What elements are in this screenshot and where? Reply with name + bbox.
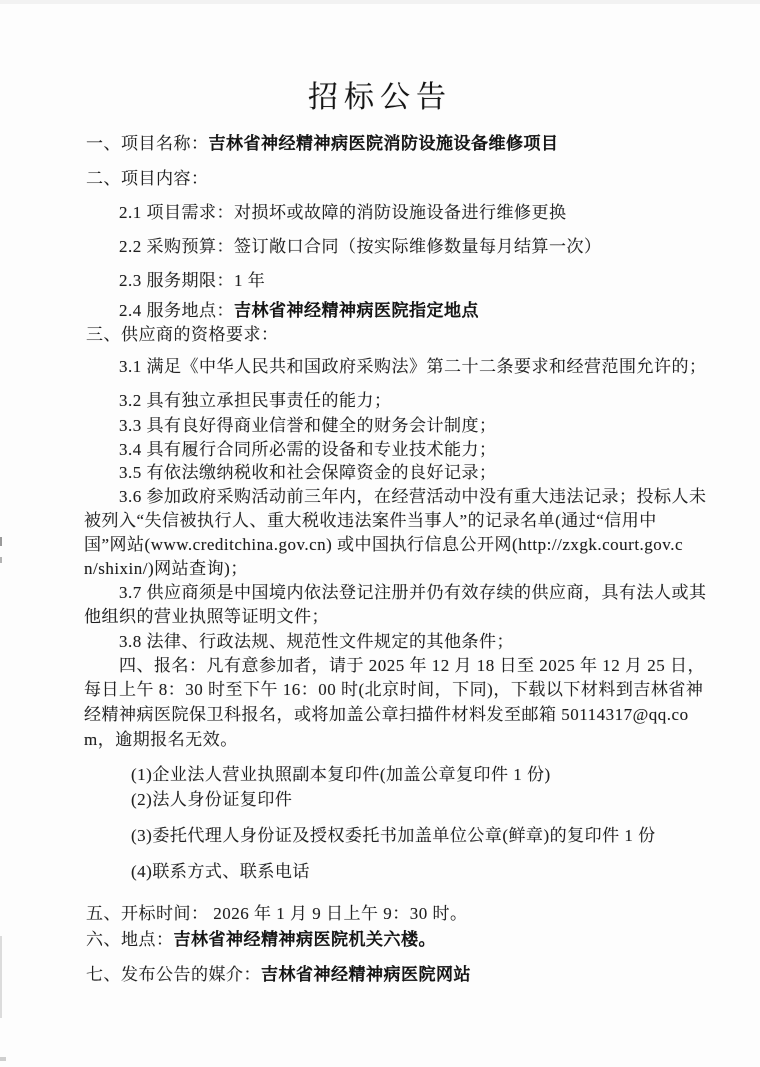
document-title: 招标公告 [0,72,760,116]
line-item-3-1: 3.1 满足《中华人民共和国政府采购法》第二十二条要求和经营范围允许的； [119,357,707,377]
line-emphasis: 吉林省神经精神病医院指定地点 [234,301,479,320]
line-item-2-1: 2.1 项目需求：对损坏或故障的消防设施设备进行维修更换 [119,203,567,223]
line-section-4-cont: 经精神病医院保卫科报名，或将加盖公章扫描件材料发至邮箱 50114317@qq.… [84,705,689,725]
scan-artifact-speck [0,557,2,563]
line-item-2-4: 2.4 服务地点：吉林省神经精神病医院指定地点 [119,301,479,321]
line-item-3-6-cont: 国”网站(www.creditchina.gov.cn) 或中国执行信息公开网(… [84,535,683,555]
line-section-4-cont: 每日上午 8：30 时至下午 16：00 时(北京时间，下同)，下载以下材料到吉… [84,680,703,700]
line-item-3-5: 3.5 有依法缴纳税收和社会保障资金的良好记录； [119,463,497,483]
line-item-2-3: 2.3 服务期限：1 年 [119,271,265,291]
line-item-3-6-cont: 被列入“失信被执行人、重大税收违法案件当事人”的记录名单(通过“信用中 [84,511,657,531]
line-project-content: 二、项目内容： [86,169,209,189]
line-attachment-2: (2)法人身份证复印件 [131,790,292,810]
line-item-3-6-cont: n/shixin/)网站查询)； [84,559,248,579]
scan-top-edge [0,0,760,4]
line-section-7: 七、发布公告的媒介：吉林省神经精神病医院网站 [86,965,471,985]
scan-artifact-speck [0,537,2,546]
line-section-4: 四、报名：凡有意参加者，请于 2025 年 12 月 18 日至 2025 年 … [119,656,705,676]
line-section-5: 五、开标时间： 2026 年 1 月 9 日上午 9：30 时。 [86,904,468,924]
line-attachment-1: (1)企业法人营业执照副本复印件(加盖公章复印件 1 份) [131,765,551,785]
scan-artifact-line [0,936,2,1018]
line-attachment-4: (4)联系方式、联系电话 [131,862,310,882]
line-emphasis: 吉林省神经精神病医院机关六楼。 [174,930,437,949]
line-item-3-7: 3.7 供应商须是中国境内依法登记注册并仍有效存续的供应商，具有法人或其 [119,583,707,603]
line-section-3: 三、供应商的资格要求： [86,325,279,345]
line-item-3-3: 3.3 具有良好得商业信誉和健全的财务会计制度； [119,416,497,436]
line-project-name: 一、项目名称：吉林省神经精神病医院消防设施设备维修项目 [86,134,559,154]
line-attachment-3: (3)委托代理人身份证及授权委托书加盖单位公章(鲜章)的复印件 1 份 [131,826,656,846]
line-item-3-2: 3.2 具有独立承担民事责任的能力； [119,391,392,411]
scan-artifact-speck [0,1057,6,1061]
line-label: 六、地点： [86,930,174,949]
line-emphasis: 吉林省神经精神病医院网站 [261,965,471,984]
line-label: 一、项目名称： [86,134,209,153]
line-item-3-7-cont: 他组织的营业执照等证明文件； [84,607,329,627]
document-page: 招标公告 一、项目名称：吉林省神经精神病医院消防设施设备维修项目 二、项目内容：… [0,0,760,1067]
line-emphasis: 吉林省神经精神病医院消防设施设备维修项目 [209,134,559,153]
line-item-3-6: 3.6 参加政府采购活动前三年内，在经营活动中没有重大违法记录；投标人未 [119,487,707,507]
line-label: 2.4 服务地点： [119,301,234,320]
line-item-3-4: 3.4 具有履行合同所必需的设备和专业技术能力； [119,440,497,460]
line-section-6: 六、地点：吉林省神经精神病医院机关六楼。 [86,930,436,950]
line-section-4-cont: m，逾期报名无效。 [84,730,238,750]
line-item-3-8: 3.8 法律、行政法规、规范性文件规定的其他条件； [119,632,514,652]
line-item-2-2: 2.2 采购预算：签订敞口合同（按实际维修数量每月结算一次） [119,237,602,257]
line-label: 七、发布公告的媒介： [86,965,261,984]
